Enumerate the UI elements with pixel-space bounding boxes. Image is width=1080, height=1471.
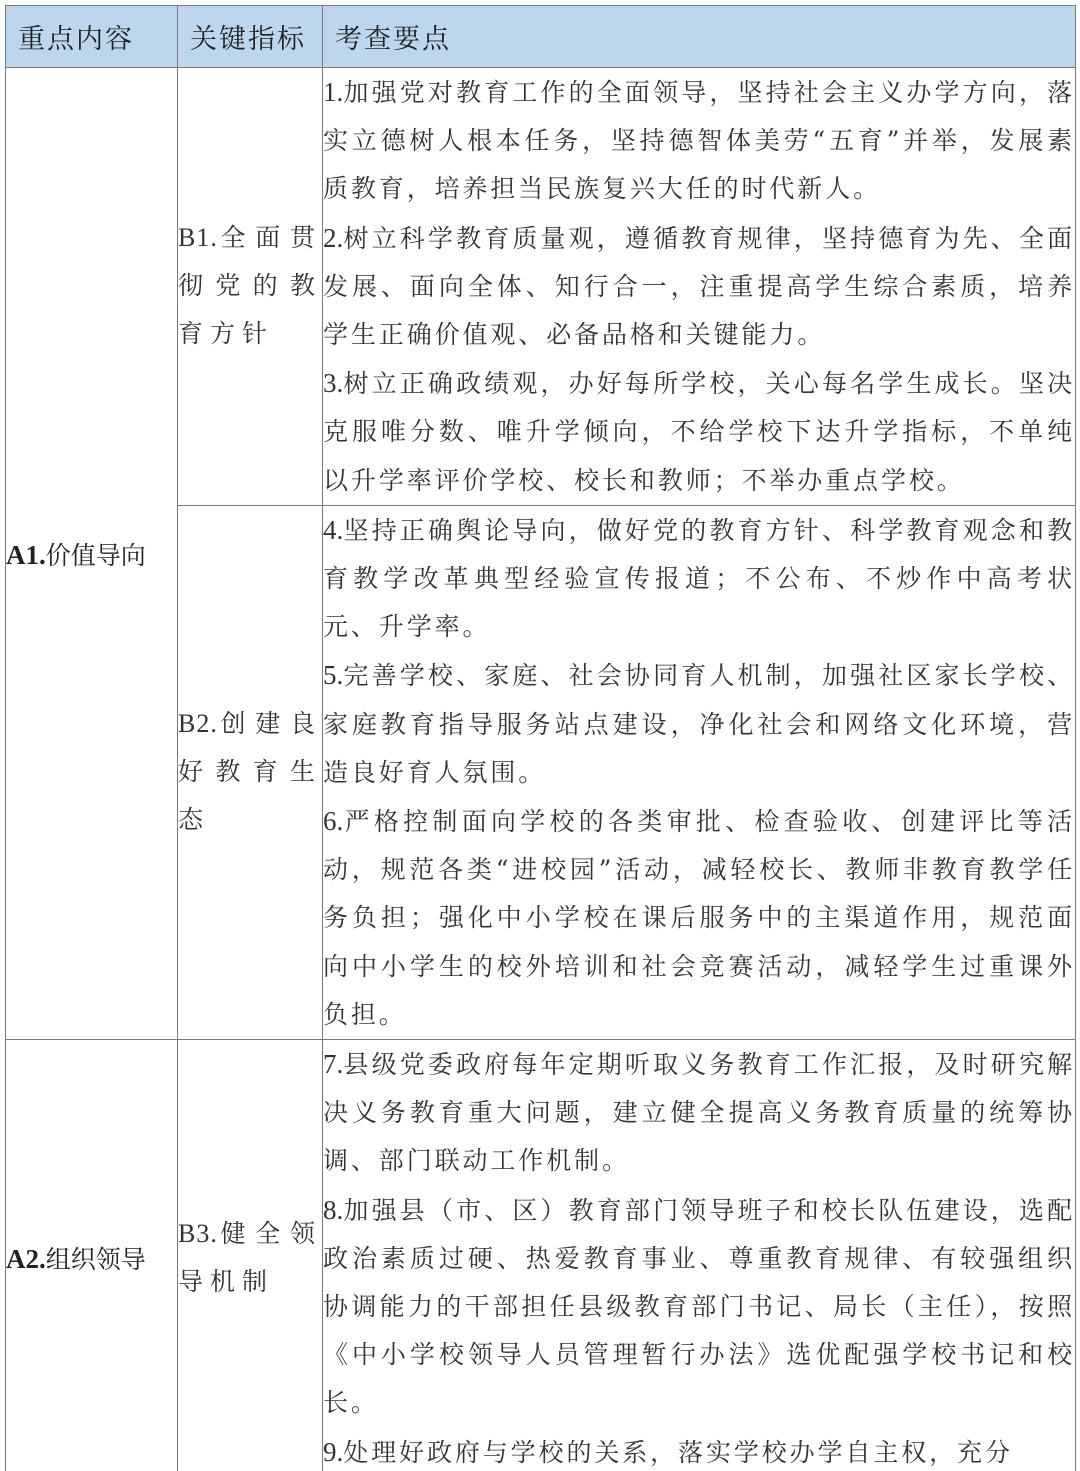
review-point-6: 6.严格控制面向学校的各类审批、检查验收、创建评比等活动，规范各类“进校园”活动… <box>323 797 1075 1039</box>
dimension-code: A2. <box>6 1244 46 1274</box>
point-text: 县级党委政府每年定期听取义务教育工作汇报，及时研究解决义务教育重大问题，建立健全… <box>323 1050 1075 1175</box>
table-header-row: 重点内容 关键指标 考查要点 <box>6 6 1076 68</box>
point-text: 树立科学教育质量观，遵循教育规律，坚持德育为先、全面发展、面向全体、知行合一，注… <box>323 224 1075 349</box>
review-point-5: 5.完善学校、家庭、社会协同育人机制，加强社区家长学校、家庭教育指导服务站点建设… <box>323 651 1075 797</box>
point-number: 8. <box>323 1195 343 1225</box>
review-points-cell-b3: 7.县级党委政府每年定期听取义务教育工作汇报，及时研究解决义务教育重大问题，建立… <box>323 1040 1076 1471</box>
point-number: 9. <box>323 1437 343 1467</box>
table-row: A2.组织领导 B3.健全领导机制 7.县级党委政府每年定期听取义务教育工作汇报… <box>6 1040 1076 1471</box>
point-text: 完善学校、家庭、社会协同育人机制，加强社区家长学校、家庭教育指导服务站点建设，净… <box>323 661 1075 786</box>
point-text: 加强党对教育工作的全面领导，坚持社会主义办学方向，落实立德树人根本任务，坚持德智… <box>323 78 1075 203</box>
indicator-cell-b3: B3.健全领导机制 <box>178 1040 323 1471</box>
point-number: 7. <box>323 1049 343 1079</box>
indicator-code: B3. <box>178 1219 218 1248</box>
table-row: A1.价值导向 B1.全面贯彻党的教育方针 1.加强党对教育工作的全面领导，坚持… <box>6 68 1076 506</box>
dimension-label: 价值导向 <box>46 541 146 570</box>
review-point-9: 9.处理好政府与学校的关系，落实学校办学自主权，充分 <box>323 1428 1075 1471</box>
header-key-content: 重点内容 <box>6 6 178 68</box>
point-text: 处理好政府与学校的关系，落实学校办学自主权，充分 <box>343 1438 1013 1467</box>
dimension-code: A1. <box>6 540 46 570</box>
evaluation-table: 重点内容 关键指标 考查要点 A1.价值导向 B1.全面贯彻党的教育方针 1.加… <box>5 5 1076 1471</box>
review-point-2: 2.树立科学教育质量观，遵循教育规律，坚持德育为先、全面发展、面向全体、知行合一… <box>323 214 1075 360</box>
indicator-cell-b2: B2.创建良好教育生态 <box>178 505 323 1039</box>
indicator-code: B2. <box>178 709 218 738</box>
review-point-3: 3.树立正确政绩观，办好每所学校，关心每名学生成长。坚决克服唯分数、唯升学倾向，… <box>323 359 1075 505</box>
point-text: 树立正确政绩观，办好每所学校，关心每名学生成长。坚决克服唯分数、唯升学倾向，不给… <box>323 369 1075 494</box>
dimension-cell-a2: A2.组织领导 <box>6 1040 178 1471</box>
point-number: 4. <box>323 515 343 545</box>
review-point-4: 4.坚持正确舆论导向，做好党的教育方针、科学教育观念和教育教学改革典型经验宣传报… <box>323 506 1075 652</box>
indicator-cell-b1: B1.全面贯彻党的教育方针 <box>178 68 323 506</box>
review-point-8: 8.加强县（市、区）教育部门领导班子和校长队伍建设，选配政治素质过硬、热爱教育事… <box>323 1186 1075 1428</box>
point-number: 1. <box>323 77 343 107</box>
dimension-cell-a1: A1.价值导向 <box>6 68 178 1040</box>
indicator-code: B1. <box>178 223 218 252</box>
point-text: 坚持正确舆论导向，做好党的教育方针、科学教育观念和教育教学改革典型经验宣传报道；… <box>323 516 1075 641</box>
point-text: 加强县（市、区）教育部门领导班子和校长队伍建设，选配政治素质过硬、热爱教育事业、… <box>323 1196 1075 1418</box>
point-number: 2. <box>323 223 343 253</box>
header-review-points: 考查要点 <box>323 6 1076 68</box>
dimension-label: 组织领导 <box>46 1245 146 1274</box>
point-number: 5. <box>323 660 343 690</box>
review-point-7: 7.县级党委政府每年定期听取义务教育工作汇报，及时研究解决义务教育重大问题，建立… <box>323 1040 1075 1186</box>
review-point-1: 1.加强党对教育工作的全面领导，坚持社会主义办学方向，落实立德树人根本任务，坚持… <box>323 68 1075 214</box>
review-points-cell-b1: 1.加强党对教育工作的全面领导，坚持社会主义办学方向，落实立德树人根本任务，坚持… <box>323 68 1076 506</box>
header-key-indicator: 关键指标 <box>178 6 323 68</box>
point-text: 严格控制面向学校的各类审批、检查验收、创建评比等活动，规范各类“进校园”活动，减… <box>323 807 1075 1029</box>
point-number: 3. <box>323 368 343 398</box>
review-points-cell-b2: 4.坚持正确舆论导向，做好党的教育方针、科学教育观念和教育教学改革典型经验宣传报… <box>323 505 1076 1039</box>
point-number: 6. <box>323 806 343 836</box>
